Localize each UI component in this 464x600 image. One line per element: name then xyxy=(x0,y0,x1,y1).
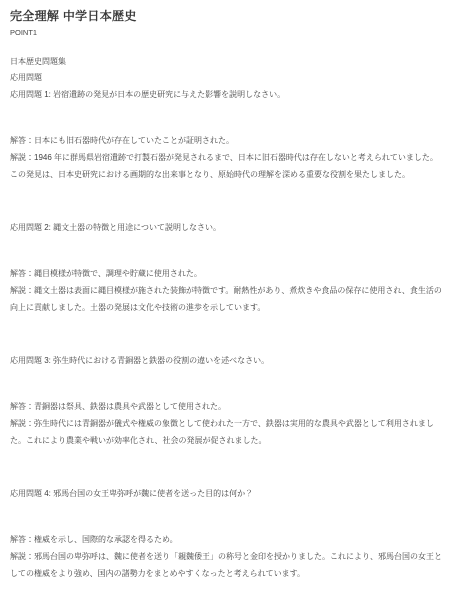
document-page: 完全理解 中学日本歴史 POINT1 日本歴史問題集 応用問題 応用問題 1: … xyxy=(0,0,464,600)
explanation-text: 解説：縄文土器は表面に縄目模様が施された装飾が特徴です。耐熱性があり、煮炊きや食… xyxy=(10,282,444,316)
problem-block-2: 応用問題 2: 縄文土器の特徴と用途について説明しなさい。 解答：縄目模様が特徴… xyxy=(10,219,444,316)
point-label: POINT1 xyxy=(10,28,444,38)
question-text: 応用問題 1: 岩宿遺跡の発見が日本の歴史研究に与えた影響を説明しなさい。 xyxy=(10,86,444,103)
problem-block-4: 応用問題 4: 邪馬台国の女王卑弥呼が魏に使者を送った目的は何か？ 解答：権威を… xyxy=(10,485,444,582)
document-intro: 日本歴史問題集 応用問題 xyxy=(10,54,444,86)
answer-text: 解答：日本にも旧石器時代が存在していたことが証明された。 xyxy=(10,132,444,149)
answer-text: 解答：青銅器は祭具、鉄器は農具や武器として使用された。 xyxy=(10,398,444,415)
question-text: 応用問題 2: 縄文土器の特徴と用途について説明しなさい。 xyxy=(10,219,444,236)
page-title: 完全理解 中学日本歴史 xyxy=(10,9,444,24)
explanation-text: 解説：邪馬台国の卑弥呼は、魏に使者を送り「親魏倭王」の称号と金印を授かりました。… xyxy=(10,548,444,582)
question-text: 応用問題 4: 邪馬台国の女王卑弥呼が魏に使者を送った目的は何か？ xyxy=(10,485,444,502)
problem-block-3: 応用問題 3: 弥生時代における青銅器と鉄器の役割の違いを述べなさい。 解答：青… xyxy=(10,352,444,449)
problem-block-1: 応用問題 1: 岩宿遺跡の発見が日本の歴史研究に与えた影響を説明しなさい。 解答… xyxy=(10,86,444,183)
collection-title: 日本歴史問題集 xyxy=(10,54,444,70)
explanation-text: 解説：弥生時代には青銅器が儀式や権威の象徴として使われた一方で、鉄器は実用的な農… xyxy=(10,415,444,449)
answer-text: 解答：縄目模様が特徴で、調理や貯蔵に使用された。 xyxy=(10,265,444,282)
answer-text: 解答：権威を示し、国際的な承認を得るため。 xyxy=(10,531,444,548)
explanation-text: 解説：1946 年に群馬県岩宿遺跡で打製石器が発見されるまで、日本に旧石器時代は… xyxy=(10,149,444,183)
question-text: 応用問題 3: 弥生時代における青銅器と鉄器の役割の違いを述べなさい。 xyxy=(10,352,444,369)
section-title: 応用問題 xyxy=(10,70,444,86)
problem-list: 応用問題 1: 岩宿遺跡の発見が日本の歴史研究に与えた影響を説明しなさい。 解答… xyxy=(10,86,444,582)
